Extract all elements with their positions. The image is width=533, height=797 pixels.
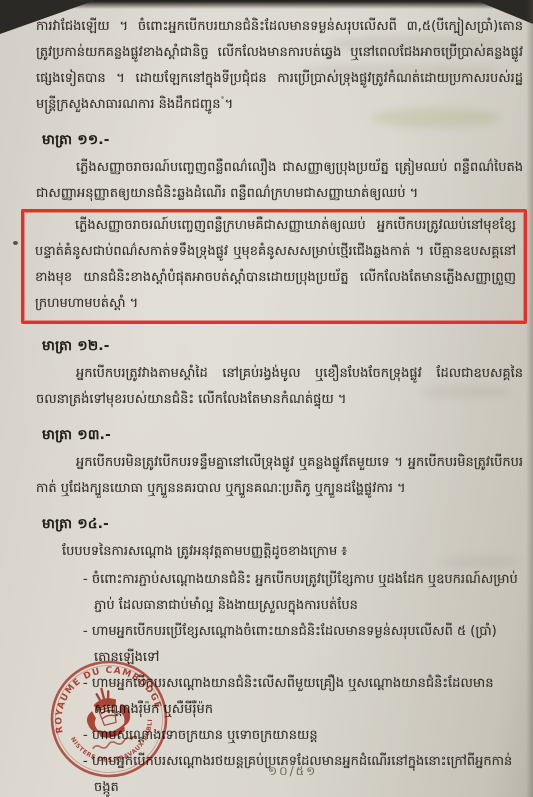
article-11-paragraph: ភ្លើងសញ្ញាចរាចរណ៍បញ្ចេញពន្លឺពណ៌លឿង ជាសញ្… [36,155,523,207]
red-highlight-box: ភ្លើងសញ្ញាចរាចរណ៍បញ្ចេញពន្លឺក្រហមគឺជាសញ្… [21,209,527,324]
stamp-khmer-script-squiggle [92,736,137,751]
article-12-paragraph: អ្នកបើកបរត្រូវវាងតាមស្តាំដៃ នៅគ្រប់រង្វង… [36,361,523,413]
article-14-intro: បែបបទនៃការសណ្តោង ត្រូវអនុវត្តតាមបញ្ញត្តិ… [36,539,523,565]
article-11-boxed-paragraph: ភ្លើងសញ្ញាចរាចរណ៍បញ្ចេញពន្លឺក្រហមគឺជាសញ្… [35,213,516,317]
list-item: - ចំពោះការភ្ជាប់សណ្តោងយានជំនិះ អ្នកបើកបរ… [36,567,523,619]
page-number: ១០/៥១ [268,763,317,781]
page-right-edge-shade [526,0,533,797]
royal-arms-emblem-icon [81,684,134,742]
article-13-paragraph: អ្នកបើកបរមិនត្រូវបើកបរទន្ទឹមគ្នានៅលើទ្រុ… [36,450,523,502]
article-12-heading: មាត្រា ១២.- [42,333,523,359]
intro-paragraph: ការវាជែងឡើយ ។ ចំពោះអ្នកបើកបរយានជំនិះដែលម… [36,14,523,118]
article-11-heading: មាត្រា ១១.- [42,127,523,153]
article-14-heading: មាត្រា ១៤.- [42,511,523,537]
ink-speck [13,241,18,245]
document-page: ការវាជែងឡើយ ។ ចំពោះអ្នកបើកបរយានជំនិះដែលម… [0,0,533,797]
article-13-heading: មាត្រា ១៣.- [42,422,523,448]
